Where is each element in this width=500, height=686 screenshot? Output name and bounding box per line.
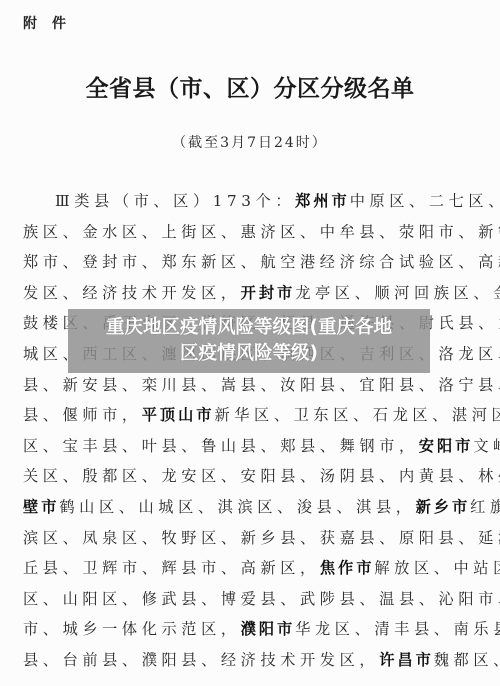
district-list-text: 区、宝丰县、叶县、鲁山县、郏县、舞钢市， [23,437,419,455]
district-list-text: 中原区、二七区、管城回 [350,192,500,210]
document-body: Ⅲ类县（市、区）173个：郑州市中原区、二七区、管城回族区、金水区、上街区、惠济… [23,186,481,676]
body-line: 关区、殷都区、龙安区、安阳县、汤阴县、内黄县、林州市，鹤 [23,461,481,492]
district-list-text: 新华区、卫东区、石龙区、湛河区、新城 [214,406,500,424]
district-list-text: Ⅲ类县（市、区）173个： [55,192,295,210]
overlay-title-line-2: 区疫情风险等级) [180,341,318,367]
district-list-text: 龙亭区、顺河回族区、金明区、 [295,284,500,302]
body-line: Ⅲ类县（市、区）173个：郑州市中原区、二七区、管城回 [23,186,481,217]
overlay-title-line-1: 重庆地区疫情风险等级图(重庆各地 [106,315,392,341]
district-list-text: 红旗区、卫 [470,498,500,516]
body-line: 区、宝丰县、叶县、鲁山县、郏县、舞钢市，安阳市文峰区、北 [23,431,481,462]
district-list-text: 市、城乡一体化示范区， [23,620,241,638]
district-list-text: 鹤山区、山城区、淇滨区、浚县、淇县， [59,498,415,516]
district-list-text: 解放区、中站区、马村 [374,559,500,577]
district-list-text: 华龙区、清丰县、南乐县、范 [295,620,500,638]
body-line: 丘县、卫辉市、辉县市、高新区，焦作市解放区、中站区、马村 [23,553,481,584]
city-name: 开封市 [241,284,296,302]
body-line: 郑市、登封市、郑东新区、航空港经济综合试验区、高新技术开 [23,247,481,278]
city-name: 许昌市 [379,651,434,669]
body-line: 县、新安县、栾川县、嵩县、汝阳县、宜阳县、洛宁县、伊川 [23,370,481,401]
district-list-text: 区、山阳区、修武县、博爱县、武陟县、温县、沁阳市、孟州 [23,590,500,608]
city-name: 焦作市 [320,559,375,577]
attachment-label: 附件 [23,13,81,33]
district-list-text: 滨区、凤泉区、牧野区、新乡县、获嘉县、原阳县、延津县、封 [23,529,500,547]
district-list-text: 县、台前县、濮阳县、经济技术开发区， [23,651,379,669]
city-name: 安阳市 [419,437,474,455]
district-list-text: 魏都区、建安 [434,651,500,669]
district-list-text: 关区、殷都区、龙安区、安阳县、汤阴县、内黄县、林州市， [23,467,500,485]
body-line: 壁市鹤山区、山城区、淇滨区、浚县、淇县，新乡市红旗区、卫 [23,492,481,523]
district-list-text: 县、新安县、栾川县、嵩县、汝阳县、宜阳县、洛宁县、伊川 [23,376,500,394]
body-line: 族区、金水区、上街区、惠济区、中牟县、荥阳市、新密市、新 [23,217,481,248]
body-line: 发区、经济技术开发区，开封市龙亭区、顺河回族区、金明区、 [23,278,481,309]
district-list-text: 县、偃师市， [23,406,142,424]
body-line: 区、山阳区、修武县、博爱县、武陟县、温县、沁阳市、孟州 [23,584,481,615]
body-line: 市、城乡一体化示范区，濮阳市华龙区、清丰县、南乐县、范 [23,614,481,645]
body-line: 县、台前县、濮阳县、经济技术开发区，许昌市魏都区、建安 [23,645,481,676]
district-list-text: 郑市、登封市、郑东新区、航空港经济综合试验区、高新技术开 [23,253,500,271]
city-name: 郑州市 [295,192,350,210]
overlay-caption-banner: 重庆地区疫情风险等级图(重庆各地 区疫情风险等级) [68,309,430,373]
city-name: 新乡市 [416,498,471,516]
document-subtitle: （截至3月7日24时） [0,132,500,152]
city-name: 壁市 [23,498,59,516]
document-page: 附件 全省县（市、区）分区分级名单 （截至3月7日24时） Ⅲ类县（市、区）17… [0,0,500,686]
document-title: 全省县（市、区）分区分级名单 [0,70,500,103]
body-line: 县、偃师市，平顶山市新华区、卫东区、石龙区、湛河区、新城 [23,400,481,431]
city-name: 濮阳市 [241,620,296,638]
body-line: 滨区、凤泉区、牧野区、新乡县、获嘉县、原阳县、延津县、封 [23,523,481,554]
city-name: 平顶山市 [142,406,215,424]
district-list-text: 丘县、卫辉市、辉县市、高新区， [23,559,320,577]
district-list-text: 族区、金水区、上街区、惠济区、中牟县、荥阳市、新密市、新 [23,223,500,241]
district-list-text: 文峰区、北 [473,437,500,455]
district-list-text: 发区、经济技术开发区， [23,284,241,302]
